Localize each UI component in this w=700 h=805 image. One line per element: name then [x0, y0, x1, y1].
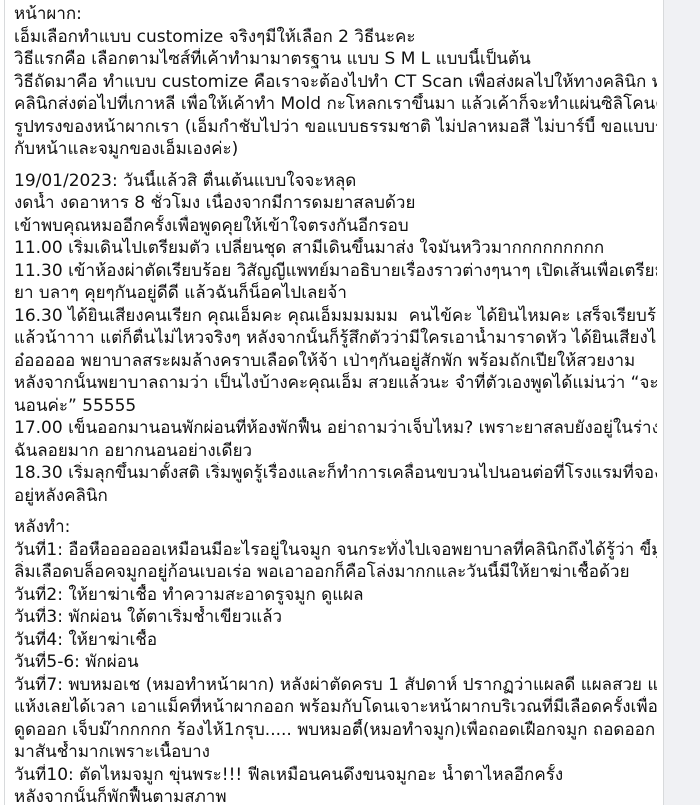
text-line: หลังจากนั้นพยาบาลถามว่า เป็นไงบ้างคะคุณเ… [14, 372, 657, 395]
text-line: วิธีถัดมาคือ ทำแบบ customize คือเราจะต้อ… [14, 71, 657, 94]
text-line: 11.00 เริ่มเดินไปเตรียมตัว เปลี่ยนชุด สา… [14, 237, 657, 260]
text-line: วันที่3: พักผ่อน ใต้ตาเริ่มช้ำเขียวแล้ว [14, 606, 657, 629]
page: หน้าผาก:เอ็มเลือกทำแบบ customize จริงๆมี… [0, 0, 700, 805]
text-line: เอ็มเลือกทำแบบ customize จริงๆมีให้เลือก… [14, 26, 657, 49]
text-line: วันที่4: ให้ยาฆ่าเชื้อ [14, 629, 657, 652]
text-line: วันที่10: ตัดไหมจมูก ขุ่นพระ!!! ฟีลเหมือ… [14, 764, 657, 787]
text-line: วันที่5-6: พักผ่อน [14, 651, 657, 674]
paragraph: 19/01/2023: วันนี้แล้วสิ ตื่นเต้นแบบใจจะ… [14, 170, 657, 508]
text-line: กับหน้าและจมูกของเอ็มเองค่ะ) [14, 138, 657, 161]
text-line: ดูดออก เจ็บม๊ากกกกก ร้องไห้1กรุบ..... พบ… [14, 719, 657, 742]
post-text: หน้าผาก:เอ็มเลือกทำแบบ customize จริงๆมี… [5, 0, 663, 805]
text-line: มาสันช้ำมากเพราะเนื้อบาง [14, 741, 657, 764]
text-line: 17.00 เข็นออกมานอนพักผ่อนที่ห้องพักฟื้น … [14, 417, 657, 440]
text-line: 11.30 เข้าห้องผ่าตัดเรียบร้อย วิสัญญีแพท… [14, 260, 657, 283]
text-line: วันที่2: ให้ยาฆ่าเชื้อ ทำความสะอาดรูจมูก… [14, 584, 657, 607]
text-line: ฉันลอยมาก อยากนอนอย่างเดียว [14, 440, 657, 463]
paragraph: หน้าผาก:เอ็มเลือกทำแบบ customize จริงๆมี… [14, 3, 657, 161]
text-line: หลังจากนั้นก็พักฟื้นตามสภาพ [14, 786, 657, 805]
text-line: แล้วน้าาาา แต่ก็ตื่นไม่ไหวจริงๆ หลังจากน… [14, 327, 657, 350]
text-line: 19/01/2023: วันนี้แล้วสิ ตื่นเต้นแบบใจจะ… [14, 170, 657, 193]
text-line: งดน้ำ งดอาหาร 8 ชั่วโมง เนื่องจากมีการดม… [14, 192, 657, 215]
text-line: เข้าพบคุณหมออีกครั้งเพื่อพูดคุยให้เข้าใจ… [14, 215, 657, 238]
text-line: ลิ่มเลือดบล็อคจมูกอยู่ก้อนเบอเร่อ พอเอาอ… [14, 561, 657, 584]
text-line: วันที่1: อือหืออออออเหมือนมีอะไรอยู่ในจม… [14, 539, 657, 562]
text-line: อ๋อออออ พยาบาลสระผมล้างคราบเลือดให้จ้า เ… [14, 350, 657, 373]
text-line: อยู่หลังคลินิก [14, 485, 657, 508]
text-line: วิธีแรกคือ เลือกตามไซส์ที่เค้าทำมามาตรฐา… [14, 48, 657, 71]
right-page-margin [663, 0, 700, 805]
text-line: หลังทำ: [14, 516, 657, 539]
text-line: 18.30 เริ่มลุกขึ้นมาตั้งสติ เริ่มพูดรู้เ… [14, 462, 657, 485]
text-line: หน้าผาก: [14, 3, 657, 26]
text-line: แห้งเลยได้เวลา เอาแม็คที่หน้าผากออก พร้อ… [14, 696, 657, 719]
text-line: นอนค่ะ” 55555 [14, 395, 657, 418]
text-line: คลินิกส่งต่อไปที่เกาหลี เพื่อให้เค้าทำ M… [14, 93, 657, 116]
text-line: วันที่7: พบหมอเช (หมอทำหน้าผาก) หลังผ่าต… [14, 674, 657, 697]
text-line: รูปทรงของหน้าผากเรา (เอ็มกำชับไปว่า ขอแบ… [14, 116, 657, 139]
paragraph: หลังทำ:วันที่1: อือหืออออออเหมือนมีอะไรอ… [14, 516, 657, 805]
text-line: 16.30 ได้ยินเสียงคนเรียก คุณเอ็มคะ คุณเอ… [14, 305, 657, 328]
text-line: ยา บลาๆ คุยๆกันอยู่ดีดี แล้วฉันก็น็อคไปเ… [14, 282, 657, 305]
